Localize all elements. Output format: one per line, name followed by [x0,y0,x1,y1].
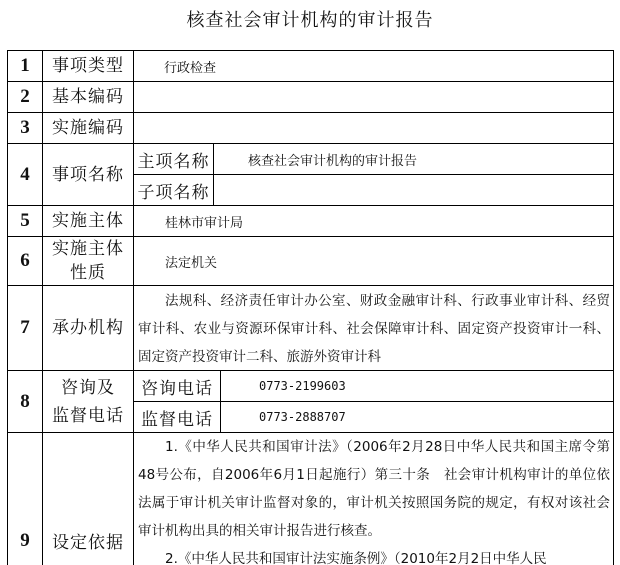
sub-label-main-item: 主项名称 [133,143,213,174]
row-label-legal-basis: 设定依据 [42,432,133,565]
label-text: 设定依据 [52,530,124,556]
sub-label-consult-phone: 咨询电话 [133,370,220,401]
row-label-implementation-code: 实施编码 [42,112,133,143]
row-number: 4 [7,143,42,205]
row-value-handling-agency: 法规科、经济责任审计办公室、财政金融审计科、行政事业审计科、经贸审计科、农业与资… [133,285,614,370]
sub-value-sub-item [213,174,614,205]
row-value-legal-basis: 1.《中华人民共和国审计法》（2006年2月28日中华人民共和国主席令第48号公… [133,432,614,565]
legal-basis-paragraph: 2.《中华人民共和国审计法实施条例》（2010年2月2日中华人民 [138,545,547,565]
supervise-phone-value: 0773-2888707 [220,401,614,432]
consult-phone-value: 0773-2199603 [220,370,614,401]
row-label-implementing-body: 实施主体 [42,205,133,236]
row-number: 9 [7,432,42,565]
row-label-body-nature: 实施主体 性质 [42,236,133,285]
label-line: 监督电话 [52,402,124,430]
label-line: 性质 [70,261,106,285]
sub-value-main-item: 核查社会审计机构的审计报告 [213,143,614,174]
label-line: 咨询及 [61,374,115,402]
row-label-handling-agency: 承办机构 [42,285,133,370]
sub-label-supervise-phone: 监督电话 [133,401,220,432]
row-number-text: 9 [20,530,30,552]
sub-label-sub-item: 子项名称 [133,174,213,205]
page-title: 核查社会审计机构的审计报告 [0,6,620,32]
row-number: 2 [7,81,42,112]
legal-basis-paragraph: 1.《中华人民共和国审计法》（2006年2月28日中华人民共和国主席令第48号公… [138,433,610,545]
row-number: 1 [7,50,42,81]
row-value-implementation-code [133,112,614,143]
row-number: 5 [7,205,42,236]
agency-list: 法规科、经济责任审计办公室、财政金融审计科、行政事业审计科、经贸审计科、农业与资… [138,287,610,371]
row-label-basic-code: 基本编码 [42,81,133,112]
row-value-basic-code [133,81,614,112]
row-label-item-type: 事项类型 [42,50,133,81]
row-label-item-name: 事项名称 [42,143,133,205]
row-number: 6 [7,236,42,285]
row-value-body-nature: 法定机关 [133,236,614,285]
row-number: 7 [7,285,42,370]
row-number: 3 [7,112,42,143]
row-value-implementing-body: 桂林市审计局 [133,205,614,236]
row-number: 8 [7,370,42,432]
row-value-item-type: 行政检查 [133,50,614,81]
table-right-border [613,50,614,565]
label-line: 实施主体 [52,237,124,261]
row-label-phones: 咨询及 监督电话 [42,370,133,432]
